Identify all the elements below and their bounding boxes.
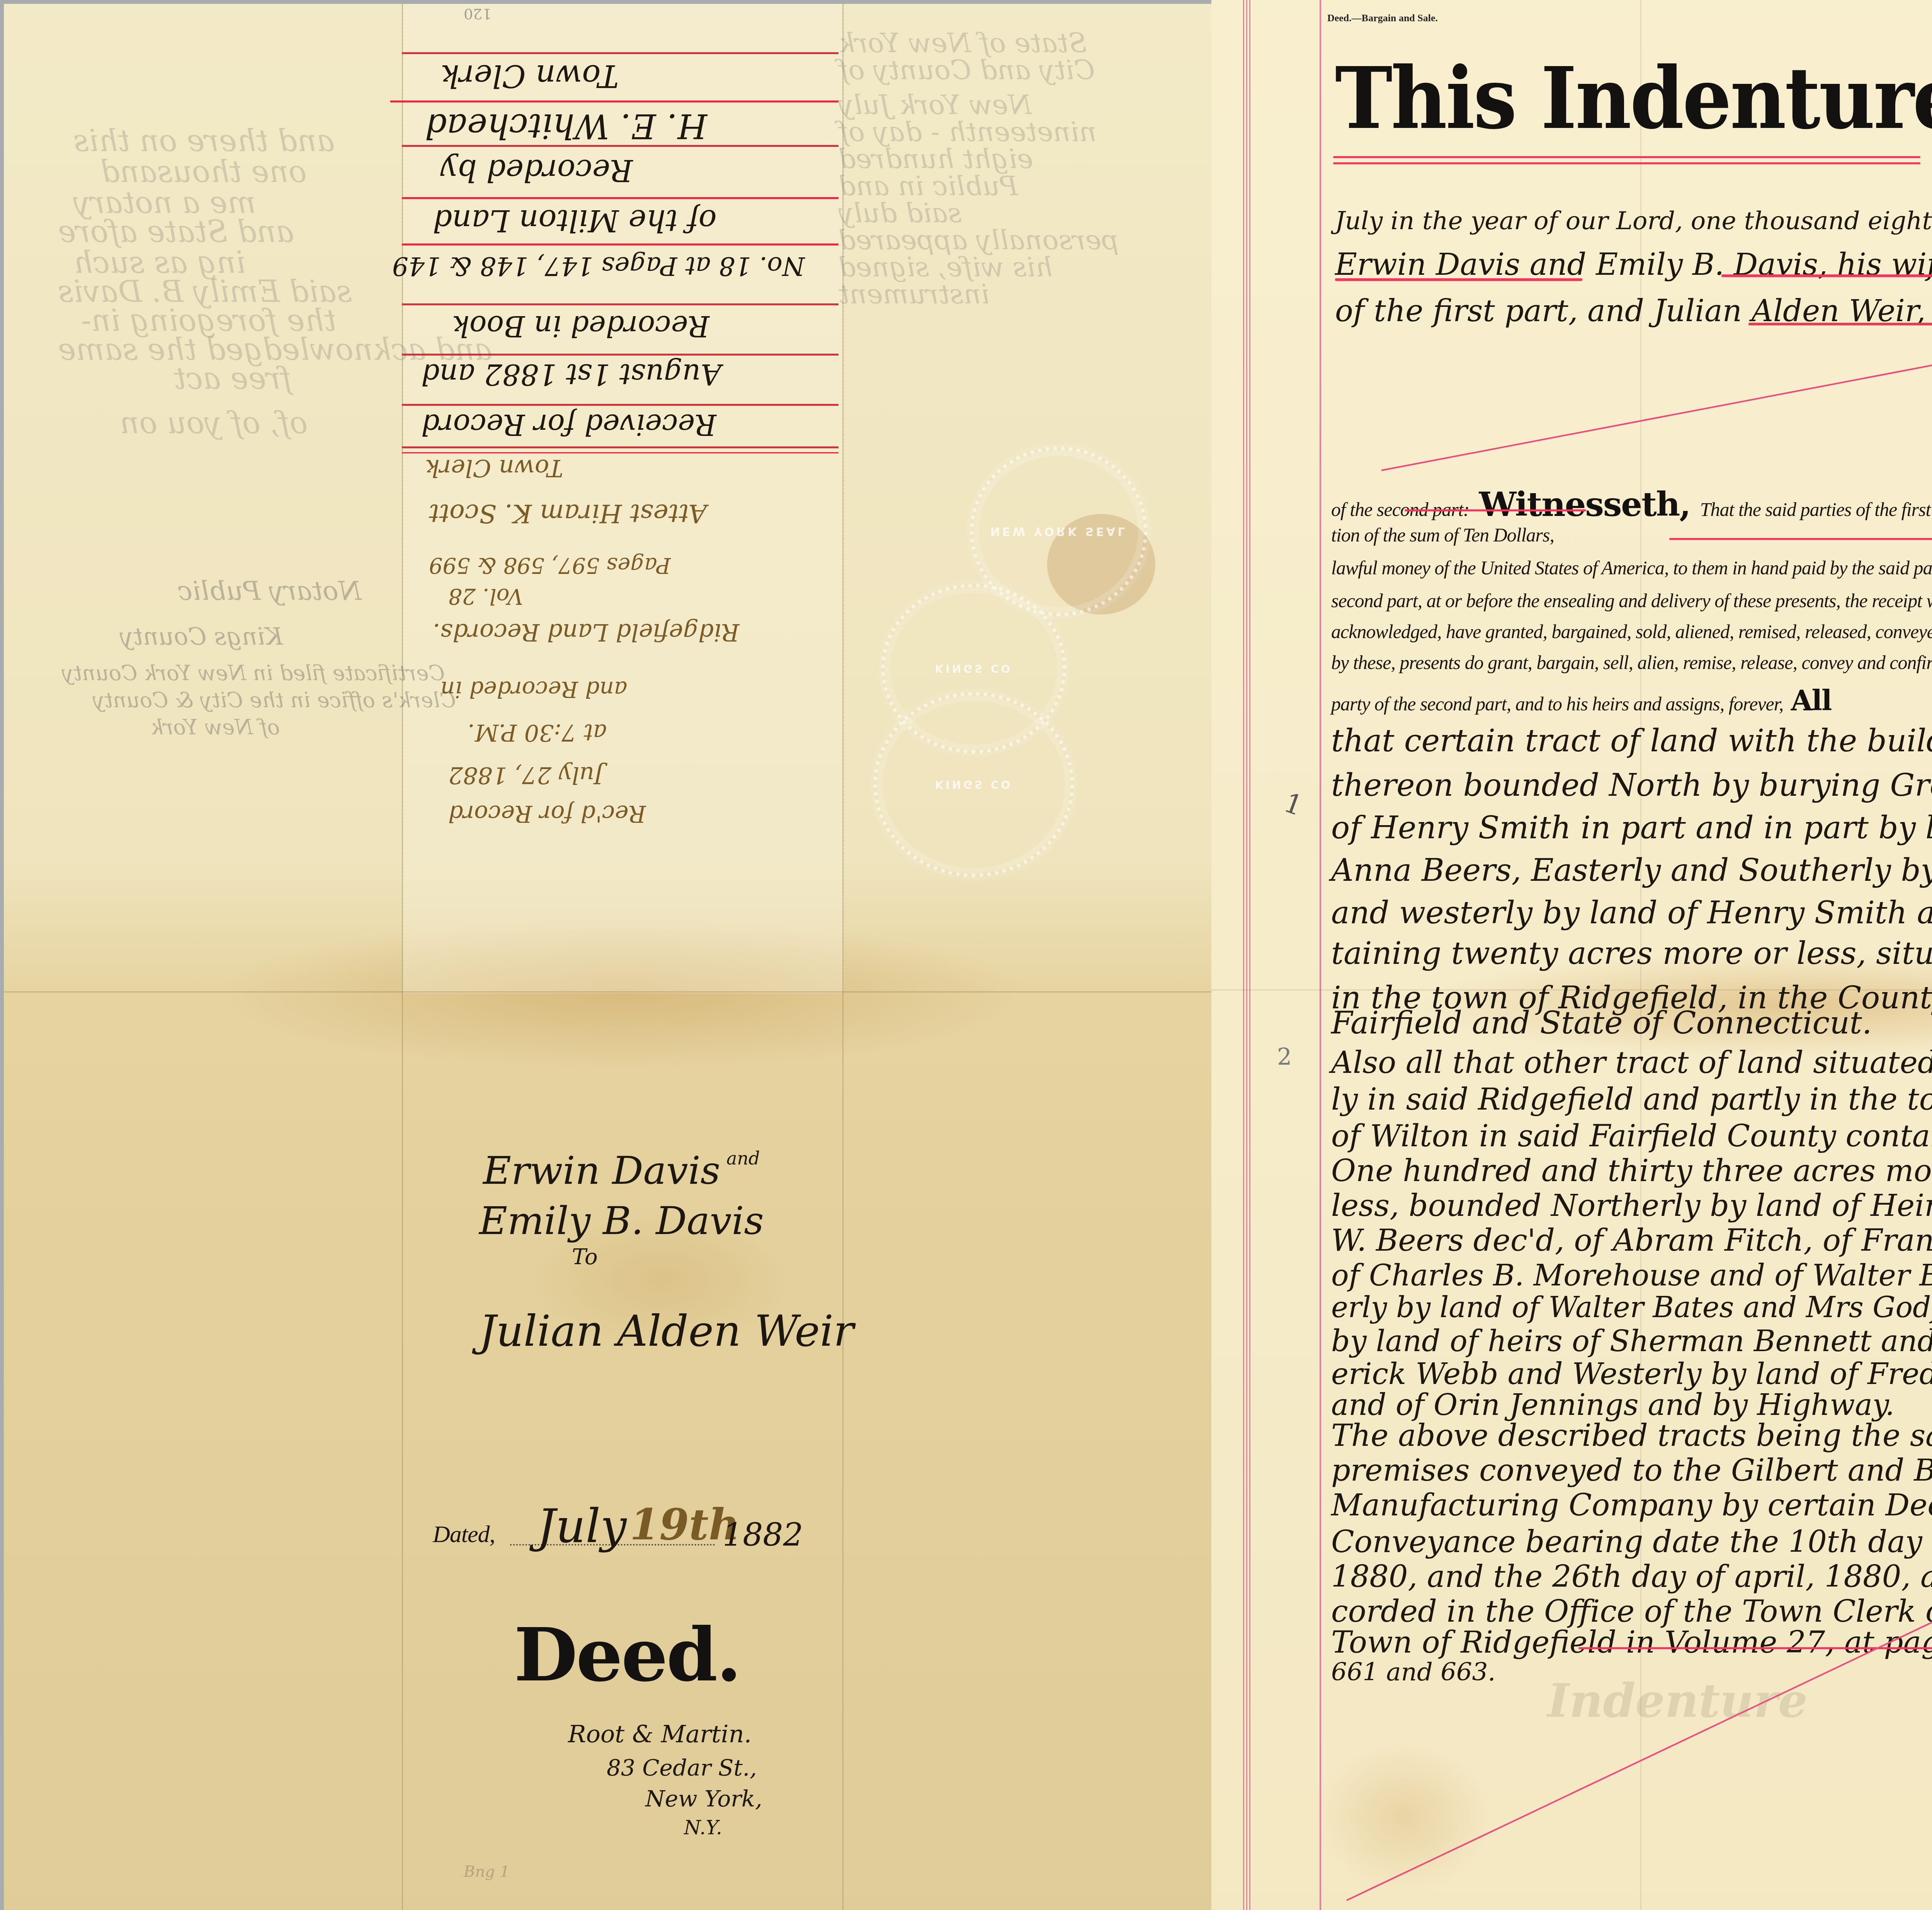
- seal-text: NEW YORK SEAL: [990, 525, 1128, 538]
- bleedthrough-text: City and County of: [838, 54, 1095, 86]
- red-rule: [402, 404, 838, 406]
- pencil-note: Bng 1: [464, 1863, 510, 1881]
- bleedthrough-text: and there on this: [73, 124, 335, 158]
- stationer-state: N.Y.: [684, 1816, 722, 1839]
- seal-text: KINGS CO: [935, 662, 1013, 675]
- bleedthrough-text: of, of you on: [120, 406, 308, 441]
- recording-note-line: Town Clerk: [425, 454, 563, 482]
- deed-line: taining twenty acres more or less, situa…: [1331, 935, 1932, 971]
- red-rule: [402, 446, 838, 448]
- notary-bleedthrough: Notary Public: [178, 576, 362, 606]
- deed-line: W. Beers dec'd, of Abram Fitch, of Franc…: [1331, 1223, 1932, 1258]
- deed-line: Fairfield and State of Connecticut.: [1331, 1005, 1932, 1041]
- dated-year: 1882: [723, 1517, 803, 1554]
- deed-line: less, bounded Northerly by land of Heirs…: [1331, 1188, 1932, 1223]
- red-rule: [390, 100, 838, 102]
- deed-line-text: July in the year of our Lord, one thousa…: [1335, 207, 1932, 235]
- title-underline: [1333, 156, 1920, 158]
- recording-note-line: Attest Hiram K. Scott: [429, 499, 707, 528]
- recording-note-line: Ridgefield Land Records.: [433, 618, 740, 647]
- pink-underline: [1335, 278, 1582, 281]
- recording-note-line: and Recorded in: [440, 676, 628, 703]
- bleedthrough-text: instrument: [838, 278, 990, 310]
- deed-title: Deed.: [514, 1612, 740, 1698]
- deed-line-text: party of the second part, and to his hei…: [1331, 693, 1783, 715]
- right-sheet-indenture: Deed.—Bargain and Sale. H. Anstice & Co.…: [1211, 0, 1932, 1910]
- recording-certificate-line: No. 18 at Pages 147, 148 & 149: [392, 251, 805, 281]
- title-underline: [1333, 162, 1920, 164]
- deed-line: and of Orin Jennings and by Highway.: [1331, 1387, 1932, 1422]
- deed-line: One hundred and thirty three acres more …: [1331, 1154, 1932, 1188]
- deed-line: corded in the Office of the Town Clerk o…: [1331, 1594, 1932, 1629]
- red-rule: [402, 243, 838, 245]
- notary-bleedthrough: Certificate filed in New York County: [62, 661, 445, 685]
- fold-line: [402, 4, 403, 1910]
- deed-line: party of the second part, and to his hei…: [1331, 684, 1932, 717]
- deed-line: second part, at or before the ensealing …: [1331, 589, 1932, 612]
- deed-line: erick Webb and Westerly by land of Frede…: [1331, 1357, 1932, 1391]
- pink-margin-rule: [1246, 0, 1247, 1910]
- margin-mark: 2: [1277, 1044, 1292, 1071]
- endorsement-grantor-1: Erwin Davis: [483, 1148, 720, 1193]
- pink-margin-rule: [1243, 0, 1244, 1910]
- fold-line: [4, 991, 1211, 992]
- endorsement-grantor-2: Emily B. Davis: [479, 1198, 764, 1243]
- bleedthrough-text: and State afore: [58, 214, 294, 249]
- deed-line-text: That the said parties of the first part,…: [1700, 499, 1932, 520]
- stationer-street: 83 Cedar St.,: [607, 1755, 757, 1781]
- red-rule: [402, 197, 838, 199]
- deed-line: Manufacturing Company by certain Deeds o…: [1331, 1488, 1932, 1523]
- red-rule: [402, 452, 838, 453]
- recording-certificate-line: Town Clerk: [440, 58, 619, 94]
- deed-line: acknowledged, have granted, bargained, s…: [1331, 620, 1932, 643]
- margin-mark: 1: [1280, 786, 1307, 822]
- deed-line: thereon bounded North by burying Ground …: [1331, 767, 1932, 803]
- title-this-indenture: This Indenture,: [1335, 56, 1932, 141]
- bleedthrough-text: free act: [174, 361, 292, 396]
- embossed-notary-seal: KINGS CO: [873, 692, 1074, 877]
- bleedthrough-text: one thousand: [100, 155, 307, 189]
- deed-line: that certain tract of land with the buil…: [1331, 723, 1932, 759]
- deed-line: by these, presents do grant, bargain, se…: [1331, 651, 1932, 674]
- deed-line: of Henry Smith in part and in part by la…: [1331, 810, 1932, 846]
- pink-underline: [1669, 538, 1932, 540]
- deed-line: ly in said Ridgefield and partly in the …: [1331, 1082, 1932, 1117]
- dated-label: Dated,: [433, 1521, 495, 1548]
- deed-line: lawful money of the United States of Ame…: [1331, 557, 1932, 579]
- deed-line: tion of the sum of Ten Dollars,: [1331, 524, 1932, 546]
- notary-bleedthrough: Clerk's office in the City & County: [93, 688, 456, 712]
- deed-line: The above described tracts being the sam…: [1331, 1418, 1932, 1453]
- stationer-name: Root & Martin.: [568, 1720, 752, 1748]
- dated-month: July: [537, 1500, 627, 1553]
- red-rule: [402, 303, 838, 305]
- deed-line: Also all that other tract of land situat…: [1331, 1045, 1932, 1080]
- deed-line: erly by land of Walter Bates and Mrs God…: [1331, 1291, 1932, 1324]
- recording-certificate-line: of the Milton Land: [433, 203, 717, 238]
- pink-underline: [1721, 274, 1932, 277]
- endorsement-grantee: Julian Alden Weir: [479, 1306, 854, 1356]
- deed-line: and westerly by land of Henry Smith and …: [1331, 895, 1932, 931]
- recording-note-line: Vol. 28: [448, 584, 523, 609]
- deed-line: 1880, and the 26th day of april, 1880, a…: [1331, 1559, 1932, 1594]
- pink-underline: [1748, 323, 1932, 325]
- recording-note-line: Rec'd for Record: [448, 800, 646, 827]
- recording-certificate-line: H. E. Whitchead: [425, 106, 707, 146]
- deed-line: of Charles B. Morehouse and of Walter Ba…: [1331, 1258, 1932, 1292]
- notary-bleedthrough: Kings County: [120, 622, 283, 650]
- recording-certificate-line: Received for Record: [421, 408, 716, 441]
- deed-line: of Wilton in said Fairfield County conta…: [1331, 1119, 1932, 1154]
- recording-note-line: at 7:30 P.M.: [468, 719, 607, 746]
- pink-margin-rule: [1249, 0, 1250, 1910]
- form-header-type: Deed.—Bargain and Sale.: [1327, 12, 1438, 24]
- pink-margin-rule: [1320, 0, 1321, 1910]
- seal-text: KINGS CO: [935, 778, 1013, 791]
- document-scan: 120 Town Clerk H. E. Whitchead Recorded …: [0, 0, 1932, 1910]
- recording-note-line: Pages 597, 598 & 599: [429, 553, 671, 578]
- all-heading: All: [1791, 684, 1832, 717]
- deed-line: of the second part: Witnesseth, That the…: [1331, 485, 1932, 524]
- endorsement-and: and: [726, 1148, 760, 1169]
- deed-line: premises conveyed to the Gilbert and Ben…: [1331, 1453, 1932, 1488]
- deed-line: Conveyance bearing date the 10th day of …: [1331, 1525, 1932, 1559]
- deed-line: by land of heirs of Sherman Bennett and …: [1331, 1324, 1932, 1358]
- deed-line: Anna Beers, Easterly and Southerly by Hi…: [1331, 852, 1932, 888]
- left-sheet-back-cover: 120 Town Clerk H. E. Whitchead Recorded …: [4, 4, 1211, 1910]
- pink-underline: [1405, 509, 1586, 511]
- deed-line: Town of Ridgefield in Volume 27, at page…: [1331, 1625, 1932, 1660]
- witnesseth-heading: Witnesseth,: [1479, 485, 1690, 524]
- pencil-page-number: 120: [464, 5, 492, 22]
- deed-line: July in the year of our Lord, one thousa…: [1335, 203, 1932, 236]
- recording-certificate-line: Recorded by: [440, 153, 633, 187]
- red-rule: [402, 52, 838, 54]
- stationer-city: New York,: [645, 1786, 762, 1812]
- notary-bleedthrough: of New York: [151, 715, 280, 739]
- endorsement-to: To: [572, 1244, 598, 1270]
- recording-note-line: July 27, 1882: [448, 761, 604, 788]
